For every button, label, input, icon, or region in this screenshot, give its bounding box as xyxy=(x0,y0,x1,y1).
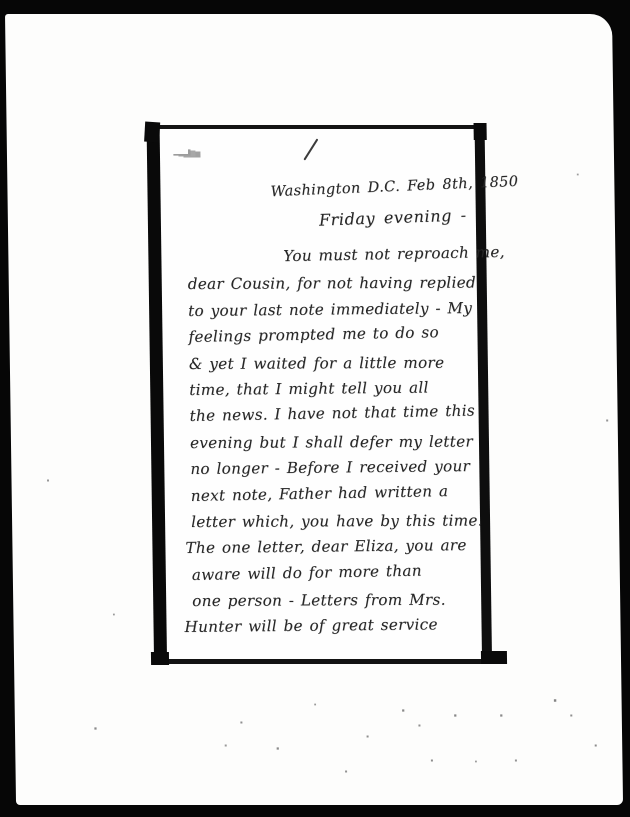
letter-dayline: Friday evening - xyxy=(318,205,467,229)
photocopy-area: Washington D.C. Feb 8th, 1850 Friday eve… xyxy=(5,14,623,805)
pencil-smudge-mark xyxy=(172,149,188,154)
letter-content: Washington D.C. Feb 8th, 1850 Friday eve… xyxy=(160,129,482,659)
letter-page: Washington D.C. Feb 8th, 1850 Friday eve… xyxy=(147,125,493,664)
handwritten-line: dear Cousin, for not having replied xyxy=(188,270,477,298)
handwritten-line: Hunter will be of great service xyxy=(184,611,482,640)
handwritten-line: feelings prompted me to do so xyxy=(188,319,478,351)
handwritten-line: the news. I have not that time this xyxy=(189,398,479,430)
handwritten-line: next note, Father had written a xyxy=(190,477,480,509)
letter-dateline: Washington D.C. Feb 8th, 1850 xyxy=(270,174,519,200)
scan-frame: Washington D.C. Feb 8th, 1850 Friday eve… xyxy=(0,0,630,817)
handwritten-line: aware will do for more than xyxy=(191,556,481,588)
handwritten-line: You must not reproach me, xyxy=(187,239,477,271)
page-corner-mark-top-right xyxy=(474,123,487,140)
letter-body: You must not reproach me,dear Cousin, fo… xyxy=(187,245,482,641)
handwritten-line: letter which, you have by this time. xyxy=(191,507,480,535)
page-corner-mark-bottom-right xyxy=(481,651,507,664)
handwritten-line: & yet I waited for a little more xyxy=(189,349,478,377)
pen-slash-mark xyxy=(303,138,318,160)
handwritten-line: one person - Letters from Mrs. xyxy=(192,587,481,615)
scan-noise-specks xyxy=(5,14,6,15)
handwritten-line: evening but I shall defer my letter xyxy=(190,428,479,456)
page-corner-mark-top-left xyxy=(144,122,160,143)
